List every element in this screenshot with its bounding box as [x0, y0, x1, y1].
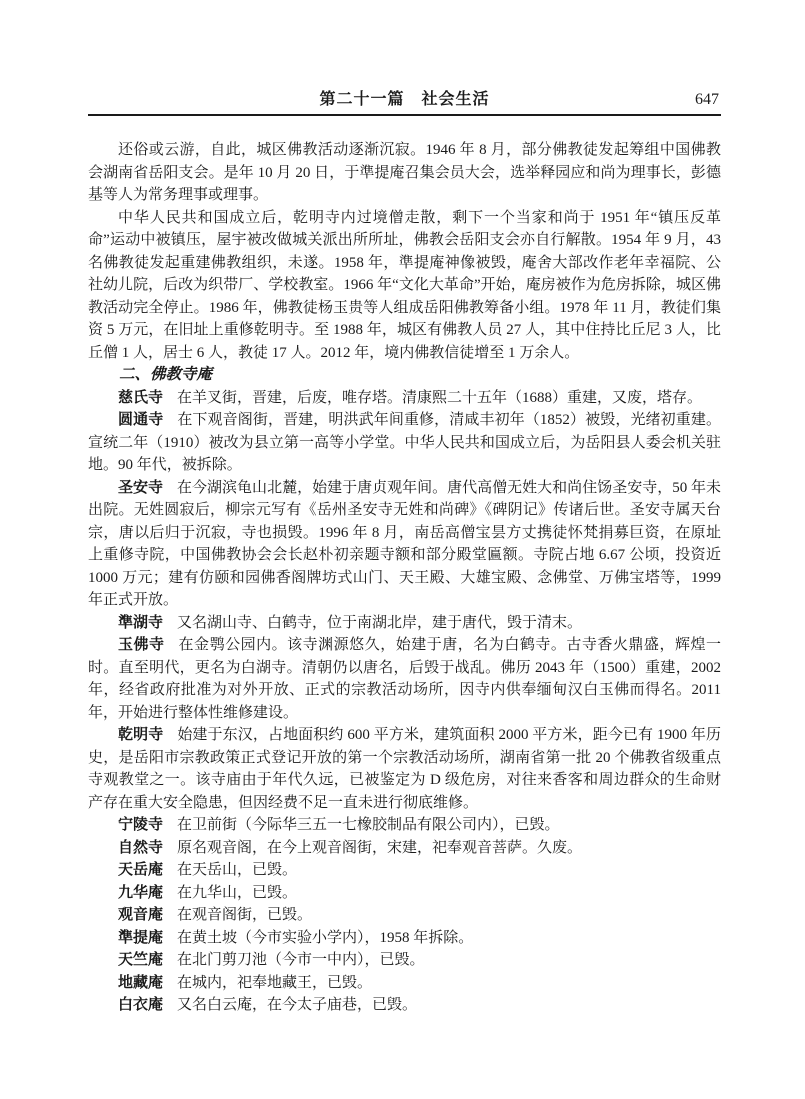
temple-entry: 地藏庵在城内，祀奉地藏王，已毁。	[88, 972, 721, 995]
temple-description: 在卫前街（今际华三五一七橡胶制品有限公司内），已毁。	[177, 817, 560, 833]
temple-entry: 九华庵在九华山，已毁。	[88, 882, 721, 905]
temple-entry: 自然寺原名观音阁，在今上观音阁街，宋建，祀奉观音菩萨。久废。	[88, 837, 721, 860]
temple-name: 圣安寺	[118, 479, 163, 496]
temple-description: 又名湖山寺、白鹤寺，位于南湖北岸，建于唐代，毁于清末。	[177, 615, 582, 631]
temple-description: 在下观音阁街，晋建，明洪武年间重修，清咸丰初年（1852）被毁，光绪初重建。宣统…	[88, 412, 721, 473]
temple-name: 九华庵	[118, 884, 163, 901]
temple-entry: 白衣庵又名白云庵，在今太子庙巷，已毁。	[88, 994, 721, 1017]
temple-entry: 宁陵寺在卫前街（今际华三五一七橡胶制品有限公司内），已毁。	[88, 814, 721, 837]
temple-description: 在金鹗公园内。该寺渊源悠久，始建于唐，名为白鹤寺。古寺香火鼎盛，辉煌一时。直至明…	[88, 637, 721, 721]
temple-description: 始建于东汉，占地面积约 600 平方米，建筑面积 2000 平方米，距今已有 1…	[88, 727, 721, 811]
temple-name: 天竺庵	[118, 951, 163, 968]
temple-description: 在天岳山，已毁。	[177, 862, 297, 878]
temple-name: 地藏庵	[118, 974, 163, 991]
temple-description: 在九华山，已毁。	[177, 885, 297, 901]
temple-name: 乾明寺	[118, 726, 163, 743]
temple-name: 白衣庵	[118, 996, 163, 1013]
temple-name: 慈氏寺	[118, 389, 163, 406]
page-body: 还俗或云游，自此，城区佛教活动逐渐沉寂。1946 年 8 月，部分佛教徒发起筹组…	[88, 139, 721, 1017]
body-paragraph: 中华人民共和国成立后，乾明寺内过境僧走散，剩下一个当家和尚于 1951 年“镇压…	[88, 207, 721, 365]
temple-name: 準湖寺	[118, 614, 163, 631]
section-heading: 二、佛教寺庵	[88, 364, 721, 387]
temple-entry: 圆通寺在下观音阁街，晋建，明洪武年间重修，清咸丰初年（1852）被毁，光绪初重建…	[88, 409, 721, 477]
temple-name: 準提庵	[118, 929, 163, 946]
book-page: 第二十一篇 社会生活 647 还俗或云游，自此，城区佛教活动逐渐沉寂。1946 …	[0, 0, 805, 1099]
temple-description: 在羊叉街，晋建，后废，唯存塔。清康熙二十五年（1688）重建，又废，塔存。	[177, 390, 702, 406]
body-paragraph: 还俗或云游，自此，城区佛教活动逐渐沉寂。1946 年 8 月，部分佛教徒发起筹组…	[88, 139, 721, 207]
temple-name: 圆通寺	[118, 411, 163, 428]
temple-entry: 乾明寺始建于东汉，占地面积约 600 平方米，建筑面积 2000 平方米，距今已…	[88, 724, 721, 814]
temple-entry: 準提庵在黄土坡（今市实验小学内），1958 年拆除。	[88, 927, 721, 950]
temple-description: 又名白云庵，在今太子庙巷，已毁。	[177, 997, 417, 1013]
temple-description: 在城内，祀奉地藏王，已毁。	[177, 975, 372, 991]
temple-name: 宁陵寺	[118, 816, 163, 833]
temple-entry: 天竺庵在北门剪刀池（今市一中内），已毁。	[88, 949, 721, 972]
temple-entry: 圣安寺在今湖滨龟山北麓，始建于唐贞观年间。唐代高僧无姓大和尚住饧圣安寺，50 年…	[88, 477, 721, 612]
chapter-title: 第二十一篇 社会生活	[88, 90, 721, 110]
temple-description: 原名观音阁，在今上观音阁街，宋建，祀奉观音菩萨。久废。	[177, 840, 582, 856]
temple-name: 观音庵	[118, 906, 163, 923]
temple-name: 自然寺	[118, 839, 163, 856]
temple-description: 在今湖滨龟山北麓，始建于唐贞观年间。唐代高僧无姓大和尚住饧圣安寺，50 年未出院…	[88, 480, 721, 609]
page-number: 647	[695, 90, 719, 110]
temple-description: 在观音阁街，已毁。	[177, 907, 312, 923]
temple-name: 天岳庵	[118, 861, 163, 878]
temple-name: 玉佛寺	[118, 636, 165, 653]
temple-entry: 準湖寺又名湖山寺、白鹤寺，位于南湖北岸，建于唐代，毁于清末。	[88, 612, 721, 635]
temple-entry: 观音庵在观音阁街，已毁。	[88, 904, 721, 927]
temple-entry: 天岳庵在天岳山，已毁。	[88, 859, 721, 882]
temple-description: 在北门剪刀池（今市一中内），已毁。	[177, 952, 425, 968]
temple-description: 在黄土坡（今市实验小学内），1958 年拆除。	[177, 930, 473, 946]
temple-entry: 玉佛寺在金鹗公园内。该寺渊源悠久，始建于唐，名为白鹤寺。古寺香火鼎盛，辉煌一时。…	[88, 634, 721, 724]
page-header: 第二十一篇 社会生活 647	[88, 90, 721, 116]
temple-entry: 慈氏寺在羊叉街，晋建，后废，唯存塔。清康熙二十五年（1688）重建，又废，塔存。	[88, 387, 721, 410]
